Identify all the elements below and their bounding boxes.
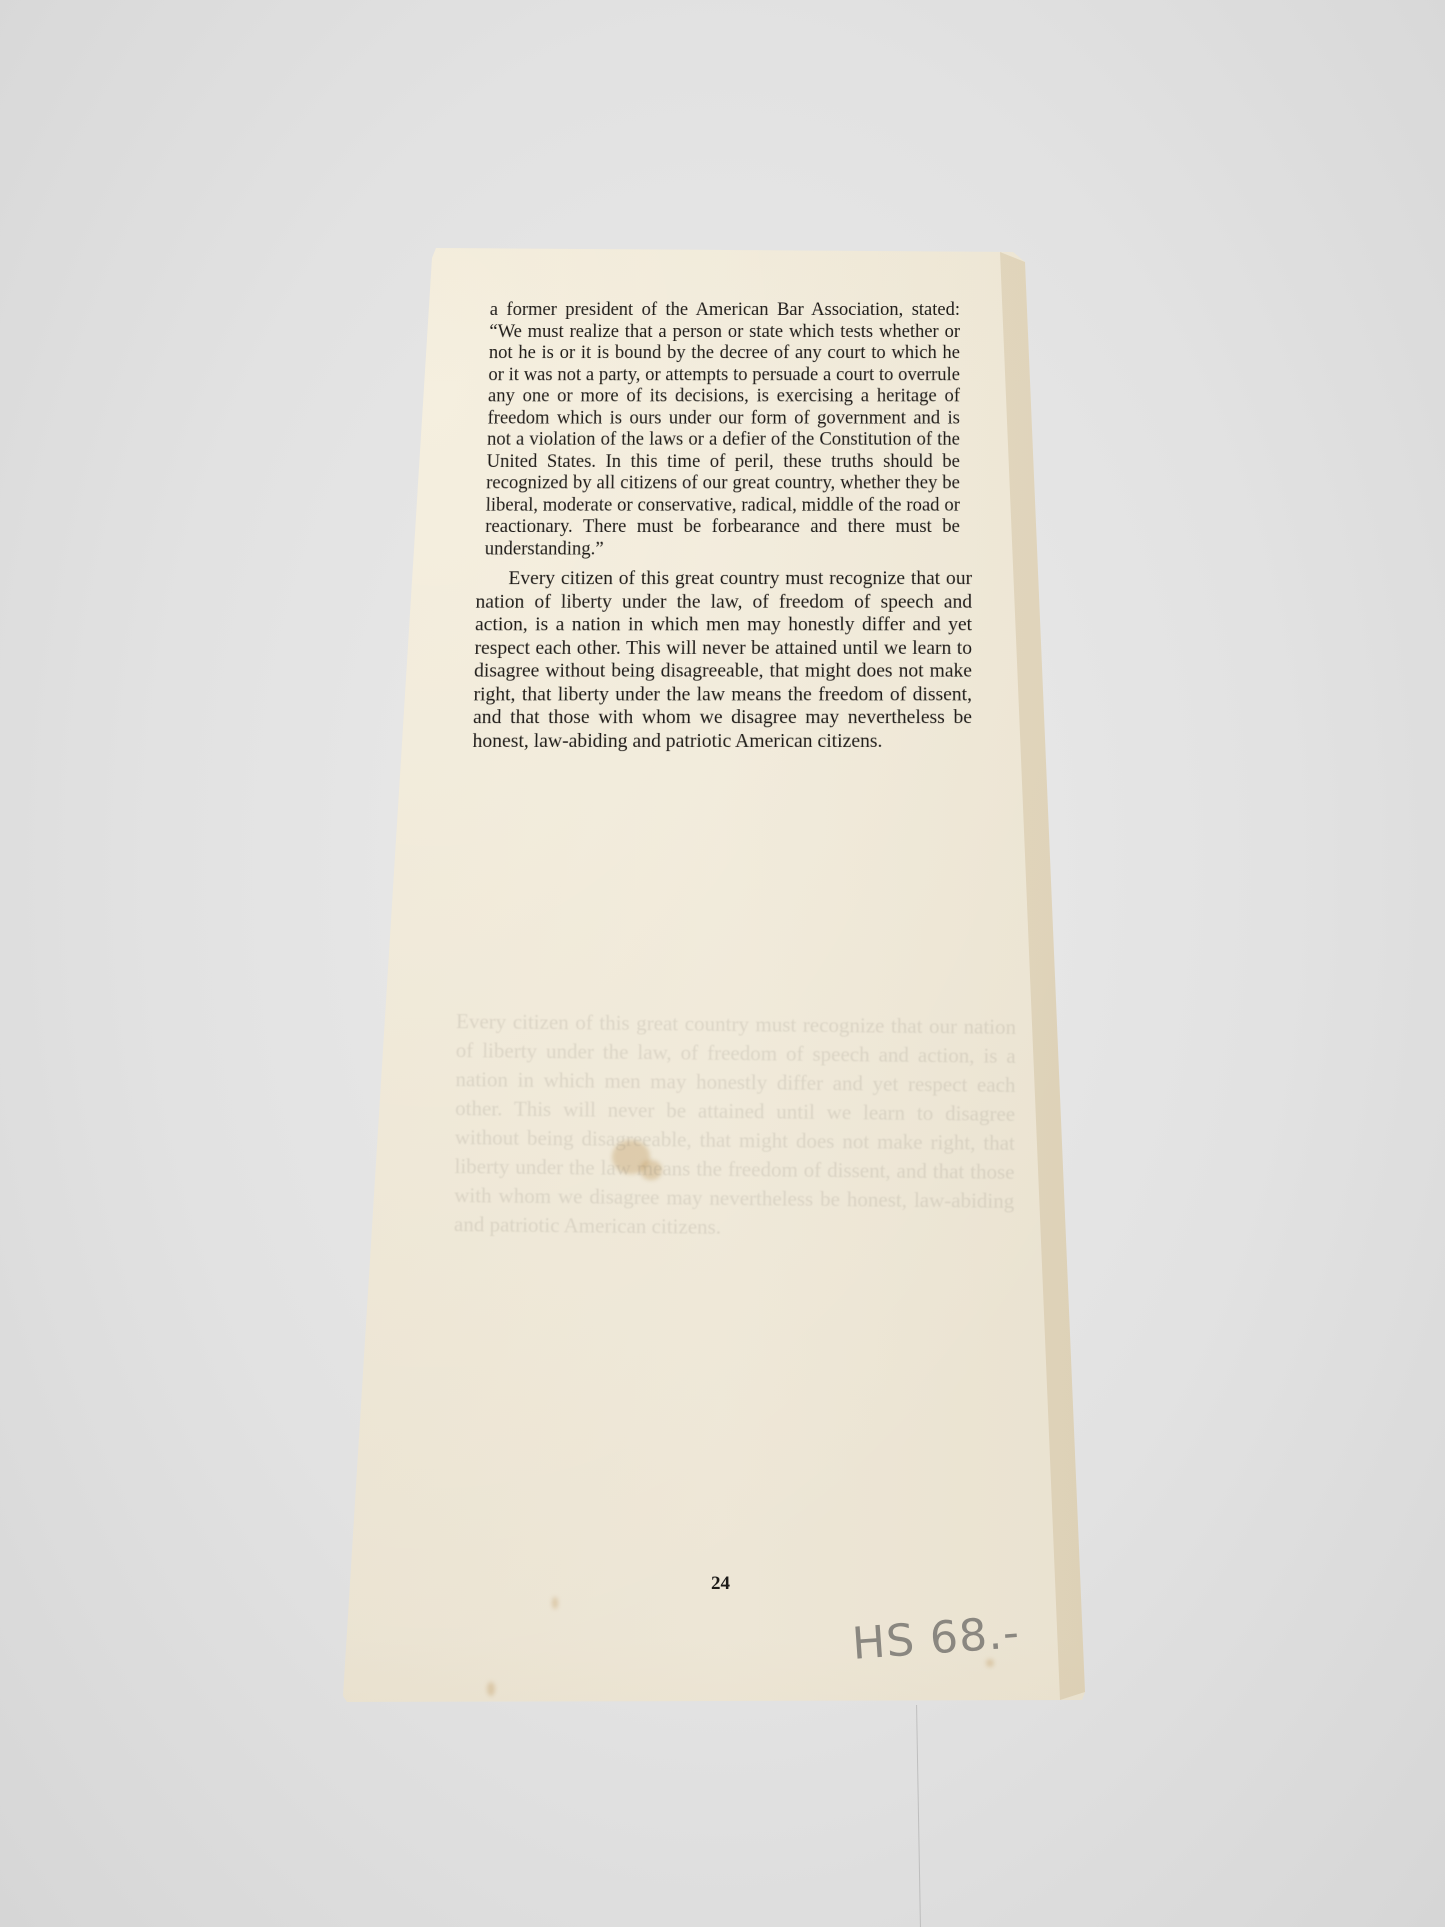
foxing-stain bbox=[487, 1682, 495, 1696]
foxing-stain bbox=[552, 1597, 558, 1609]
paper-sheet bbox=[0, 0, 1445, 1927]
table-surface-crack bbox=[916, 1705, 921, 1927]
page-number: 24 bbox=[711, 1573, 730, 1595]
document-body: a former president of the American Bar A… bbox=[480, 300, 960, 753]
photo-scene: Every citizen of this great country must… bbox=[0, 0, 1445, 1927]
paragraph-continued-quote: a former president of the American Bar A… bbox=[485, 300, 960, 561]
paragraph-every-citizen: Every citizen of this great country must… bbox=[472, 568, 972, 753]
foxing-stain bbox=[640, 1160, 662, 1180]
